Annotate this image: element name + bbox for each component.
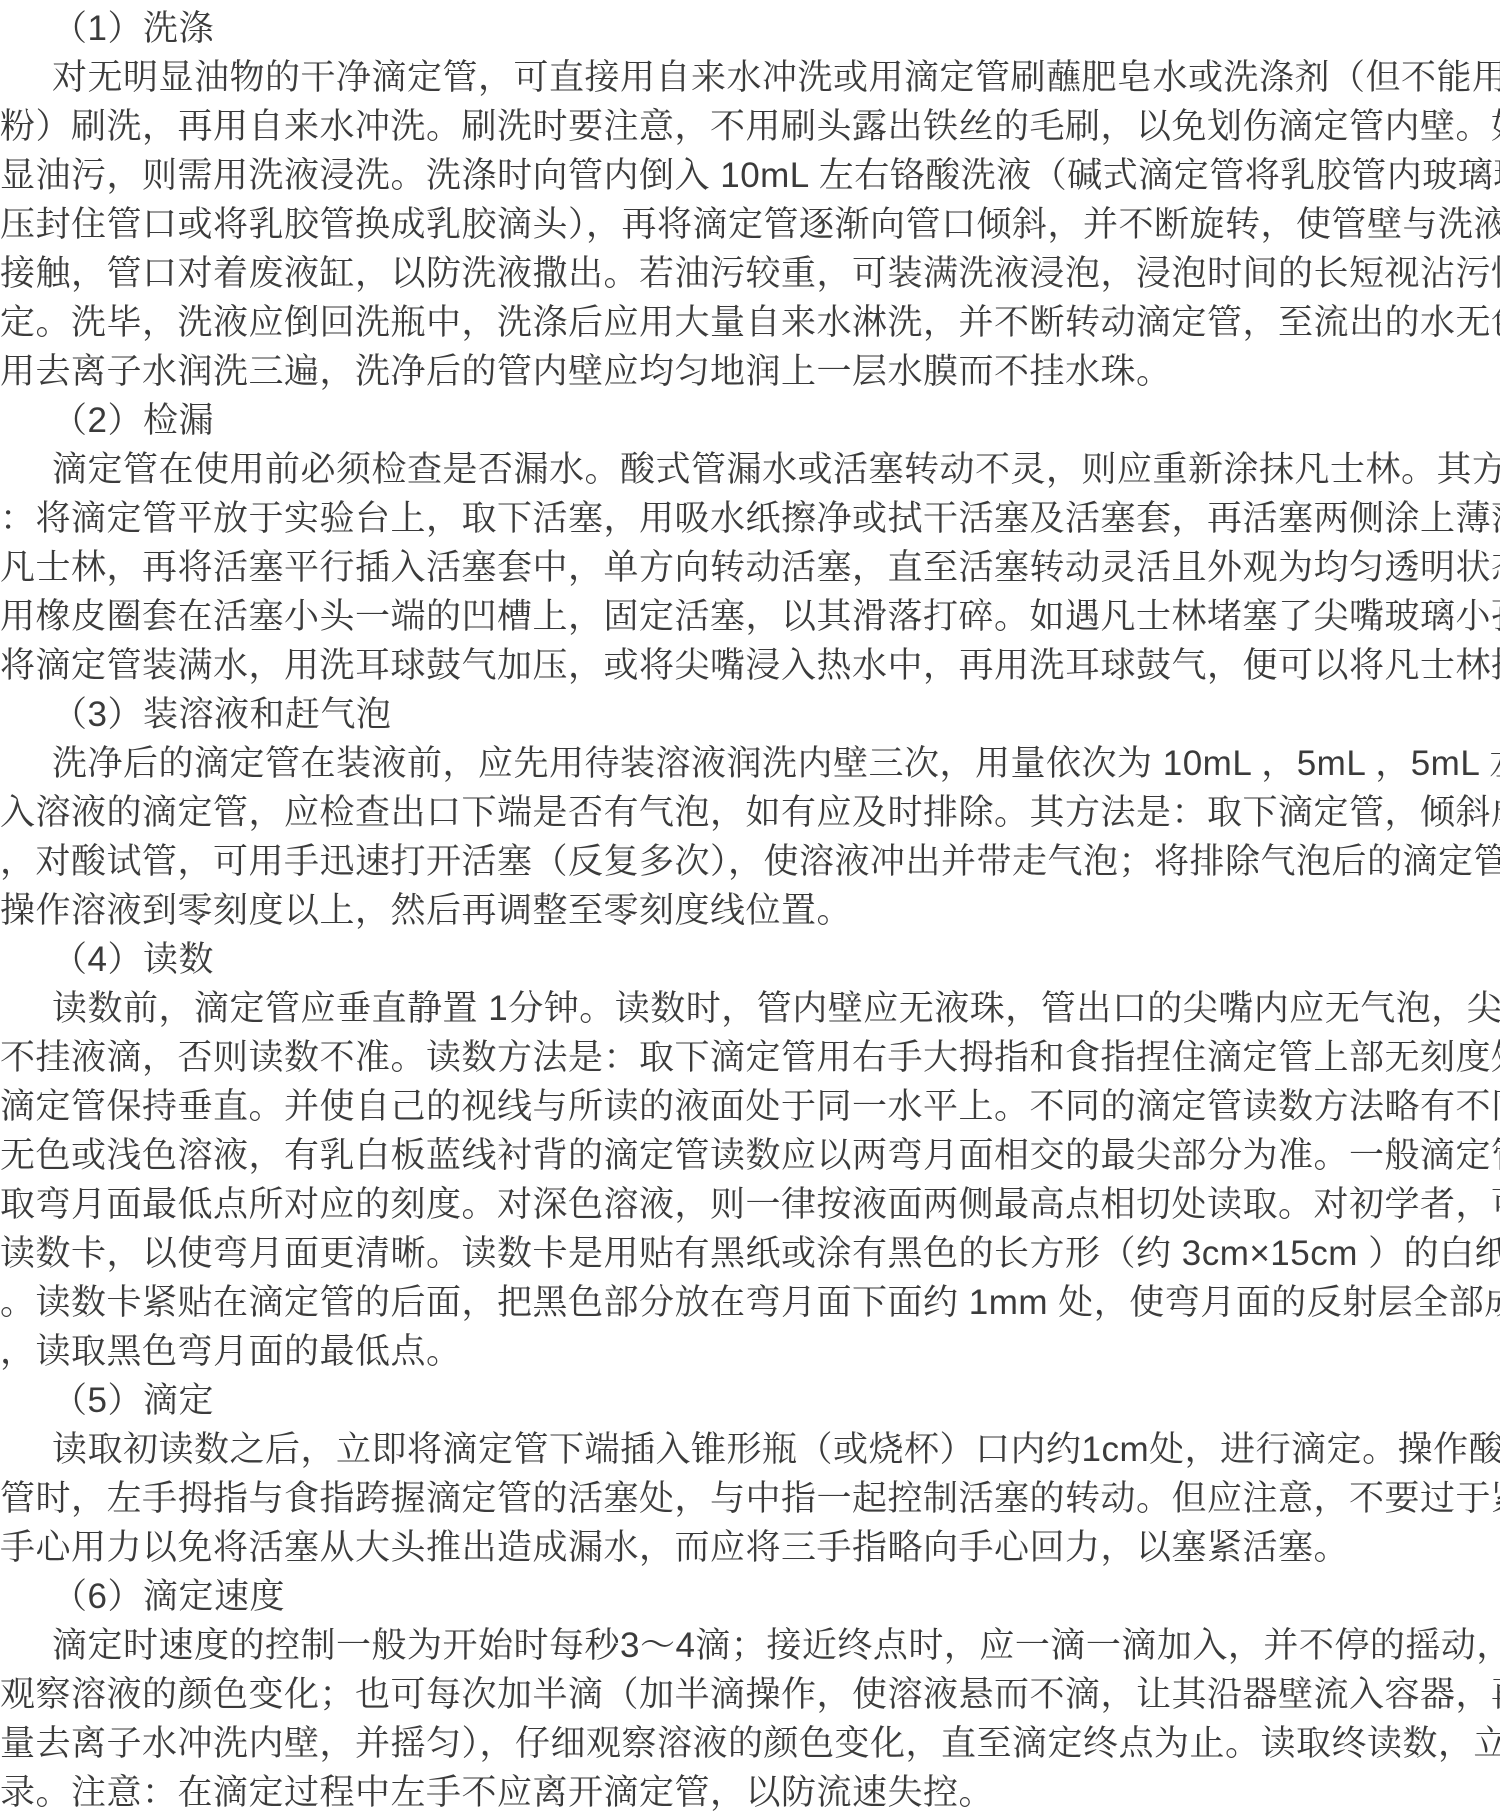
text-line: 定。洗毕，洗液应倒回洗瓶中，洗涤后应用大量自来水淋洗，并不断转动滴定管，至流出的…	[0, 298, 1500, 347]
text-line: 对无明显油物的干净滴定管，可直接用自来水冲洗或用滴定管刷蘸肥皂水或洗涤剂（但不能…	[0, 53, 1500, 102]
document-page: （1）洗涤对无明显油物的干净滴定管，可直接用自来水冲洗或用滴定管刷蘸肥皂水或洗涤…	[0, 0, 1500, 1816]
text-line: ，读取黑色弯月面的最低点。	[0, 1327, 1500, 1376]
section-heading: （4）读数	[0, 935, 1500, 984]
text-line: 读数前，滴定管应垂直静置 1分钟。读数时，管内壁应无液珠，管出口的尖嘴内应无气泡…	[0, 984, 1500, 1033]
text-line: 用橡皮圈套在活塞小头一端的凹槽上，固定活塞，以其滑落打碎。如遇凡士林堵塞了尖嘴玻…	[0, 592, 1500, 641]
section-heading: （1）洗涤	[0, 4, 1500, 53]
document-text-block: （1）洗涤对无明显油物的干净滴定管，可直接用自来水冲洗或用滴定管刷蘸肥皂水或洗涤…	[0, 4, 1500, 1816]
section-heading: （2）检漏	[0, 396, 1500, 445]
text-line: 观察溶液的颜色变化；也可每次加半滴（加半滴操作，使溶液悬而不滴，让其沿器壁流入容…	[0, 1670, 1500, 1719]
text-line: 滴定管在使用前必须检查是否漏水。酸式管漏水或活塞转动不灵，则应重新涂抹凡士林。其…	[0, 445, 1500, 494]
text-line: 读数卡，以使弯月面更清晰。读数卡是用贴有黑纸或涂有黑色的长方形（约 3cm×15…	[0, 1229, 1500, 1278]
text-line: 滴定时速度的控制一般为开始时每秒3～4滴；接近终点时，应一滴一滴加入，并不停的摇…	[0, 1621, 1500, 1670]
text-line: 滴定管保持垂直。并使自己的视线与所读的液面处于同一水平上。不同的滴定管读数方法略…	[0, 1082, 1500, 1131]
text-line: 压封住管口或将乳胶管换成乳胶滴头），再将滴定管逐渐向管口倾斜，并不断旋转，使管壁…	[0, 200, 1500, 249]
text-line: 量去离子水冲洗内壁，并摇匀），仔细观察溶液的颜色变化，直至滴定终点为止。读取终读…	[0, 1719, 1500, 1768]
text-line: 粉）刷洗，再用自来水冲洗。刷洗时要注意，不用刷头露出铁丝的毛刷，以免划伤滴定管内…	[0, 102, 1500, 151]
section-heading: （3）装溶液和赶气泡	[0, 690, 1500, 739]
section-heading: （5）滴定	[0, 1376, 1500, 1425]
text-line: 接触，管口对着废液缸，以防洗液撒出。若油污较重，可装满洗液浸泡，浸泡时间的长短视…	[0, 249, 1500, 298]
text-line: 手心用力以免将活塞从大头推出造成漏水，而应将三手指略向手心回力，以塞紧活塞。	[0, 1523, 1500, 1572]
text-line: ：将滴定管平放于实验台上，取下活塞，用吸水纸擦净或拭干活塞及活塞套，再活塞两侧涂…	[0, 494, 1500, 543]
section-heading: （6）滴定速度	[0, 1572, 1500, 1621]
text-line: 读取初读数之后，立即将滴定管下端插入锥形瓶（或烧杯）口内约1cm处，进行滴定。操…	[0, 1425, 1500, 1474]
text-line: 取弯月面最低点所对应的刻度。对深色溶液，则一律按液面两侧最高点相切处读取。对初学…	[0, 1180, 1500, 1229]
text-line: 将滴定管装满水，用洗耳球鼓气加压，或将尖嘴浸入热水中，再用洗耳球鼓气，便可以将凡…	[0, 641, 1500, 690]
text-line: 管时，左手拇指与食指跨握滴定管的活塞处，与中指一起控制活塞的转动。但应注意，不要…	[0, 1474, 1500, 1523]
text-line: 录。注意：在滴定过程中左手不应离开滴定管，以防流速失控。	[0, 1768, 1500, 1816]
text-line: 凡士林，再将活塞平行插入活塞套中，单方向转动活塞，直至活塞转动灵活且外观为均匀透…	[0, 543, 1500, 592]
text-line: 洗净后的滴定管在装液前，应先用待装溶液润洗内壁三次，用量依次为 10mL ，5m…	[0, 739, 1500, 788]
text-line: ，对酸试管，可用手迅速打开活塞（反复多次），使溶液冲出并带走气泡；将排除气泡后的…	[0, 837, 1500, 886]
text-line: 入溶液的滴定管，应检查出口下端是否有气泡，如有应及时排除。其方法是：取下滴定管，…	[0, 788, 1500, 837]
text-line: 显油污，则需用洗液浸洗。洗涤时向管内倒入 10mL 左右铬酸洗液（碱式滴定管将乳…	[0, 151, 1500, 200]
text-line: 不挂液滴，否则读数不准。读数方法是：取下滴定管用右手大拇指和食指捏住滴定管上部无…	[0, 1033, 1500, 1082]
text-line: 无色或浅色溶液，有乳白板蓝线衬背的滴定管读数应以两弯月面相交的最尖部分为准。一般…	[0, 1131, 1500, 1180]
text-line: 。读数卡紧贴在滴定管的后面，把黑色部分放在弯月面下面约 1mm 处，使弯月面的反…	[0, 1278, 1500, 1327]
text-line: 操作溶液到零刻度以上，然后再调整至零刻度线位置。	[0, 886, 1500, 935]
text-line: 用去离子水润洗三遍，洗净后的管内壁应均匀地润上一层水膜而不挂水珠。	[0, 347, 1500, 396]
